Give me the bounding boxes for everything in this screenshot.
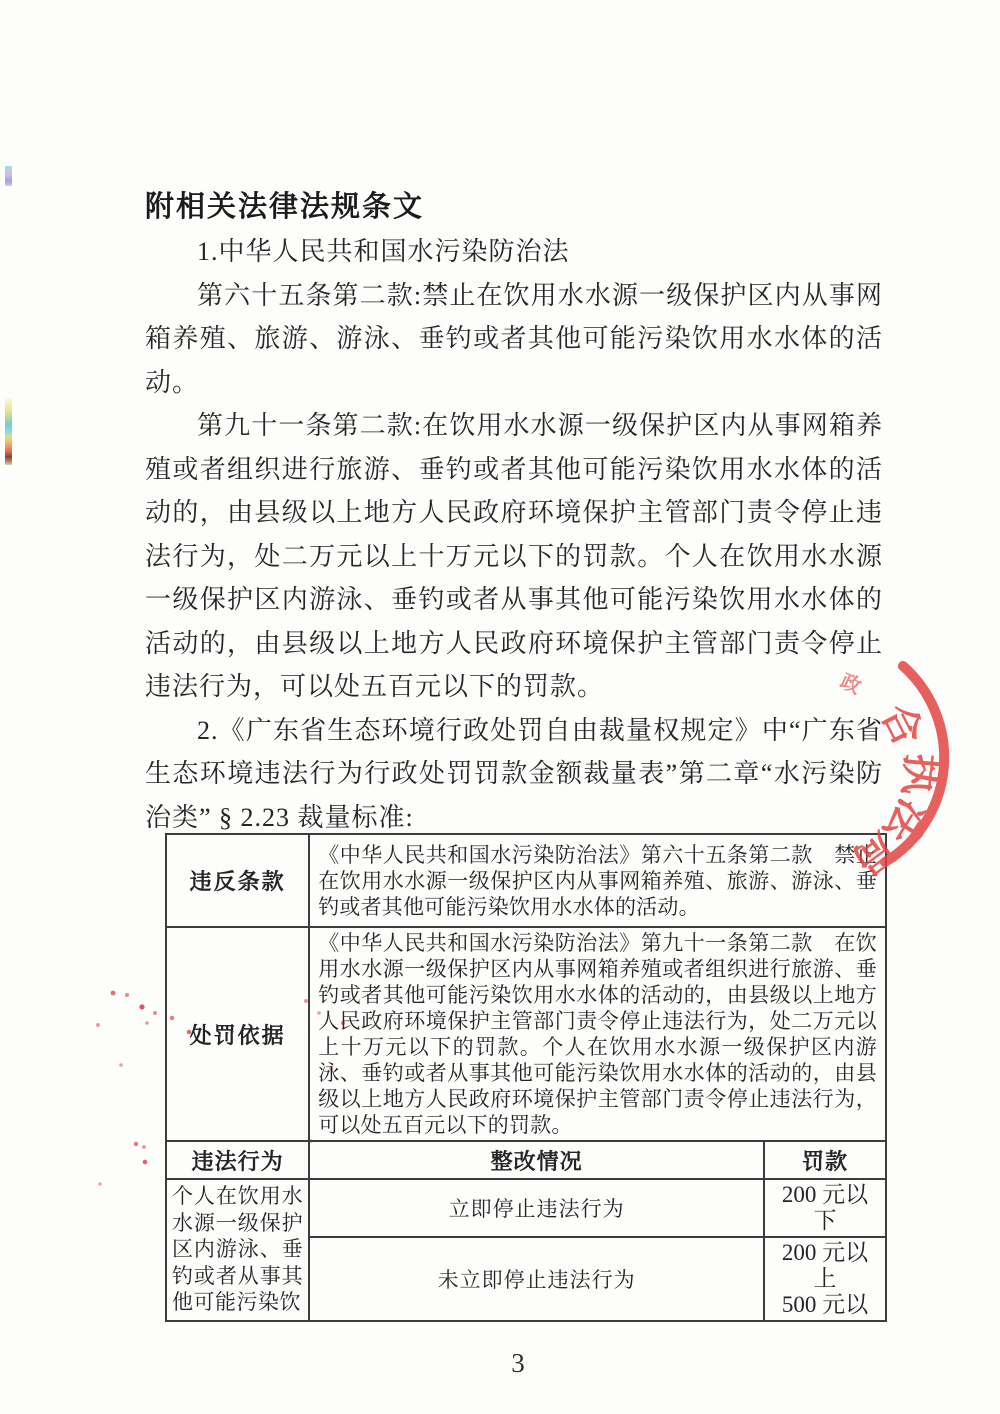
scanned-document-page: 附相关法律法规条文 1.中华人民共和国水污染防治法 第六十五条第二款:禁止在饮用… — [0, 0, 1000, 1414]
fine-cell: 200 元以 下 — [764, 1179, 886, 1237]
paragraph-law-title: 1.中华人民共和国水污染防治法 — [145, 230, 883, 274]
violation-cell: 个人在饮用水水源一级保护区内游泳、垂钓或者从事其他可能污染饮 — [166, 1179, 309, 1321]
row-label: 违反条款 — [166, 834, 309, 927]
table-row-fine-1: 个人在饮用水水源一级保护区内游泳、垂钓或者从事其他可能污染饮 立即停止违法行为 … — [166, 1179, 886, 1237]
paragraph-guangdong-regulation: 2.《广东省生态环境行政处罚自由裁量权规定》中“广东省生态环境违法行为行政处罚罚… — [145, 709, 883, 840]
seal-arc — [885, 666, 944, 862]
row-content: 《中华人民共和国水污染防治法》第九十一条第二款 在饮用水水源一级保护区内从事网箱… — [309, 927, 886, 1141]
text-block: 附相关法律法规条文 1.中华人民共和国水污染防治法 第六十五条第二款:禁止在饮用… — [145, 184, 883, 839]
situation-cell: 立即停止违法行为 — [309, 1179, 764, 1237]
stamp-char: 执 — [894, 751, 944, 797]
fine-cell: 200 元以 上 500 元以 — [764, 1237, 886, 1321]
header-violation: 违法行为 — [166, 1141, 309, 1179]
row-label: 处罚依据 — [166, 927, 309, 1141]
paragraph-article-65: 第六十五条第二款:禁止在饮用水水源一级保护区内从事网箱养殖、旅游、游泳、垂钓或者… — [145, 274, 883, 405]
page-number: 3 — [18, 1348, 1000, 1379]
scan-artifact-strip — [5, 166, 12, 186]
header-fine: 罚款 — [764, 1141, 886, 1179]
row-content: 《中华人民共和国水污染防治法》第六十五条第二款 禁止在饮用水水源一级保护区内从事… — [309, 834, 886, 927]
appendix-heading: 附相关法律法规条文 — [145, 184, 883, 230]
paragraph-article-91: 第九十一条第二款:在饮用水水源一级保护区内从事网箱养殖或者组织进行旅游、垂钓或者… — [145, 404, 883, 709]
header-rectification: 整改情况 — [309, 1141, 764, 1179]
scan-artifact-strip — [5, 397, 12, 465]
red-ink-speckles — [0, 0, 2, 2]
discretion-standard-table: 违反条款 《中华人民共和国水污染防治法》第六十五条第二款 禁止在饮用水水源一级保… — [165, 833, 887, 1322]
situation-cell: 未立即停止违法行为 — [309, 1237, 764, 1321]
table-row-penalty-basis: 处罚依据 《中华人民共和国水污染防治法》第九十一条第二款 在饮用水水源一级保护区… — [166, 927, 886, 1141]
table-header-row: 违法行为 整改情况 罚款 — [166, 1141, 886, 1179]
table-row-violated-clause: 违反条款 《中华人民共和国水污染防治法》第六十五条第二款 禁止在饮用水水源一级保… — [166, 834, 886, 927]
